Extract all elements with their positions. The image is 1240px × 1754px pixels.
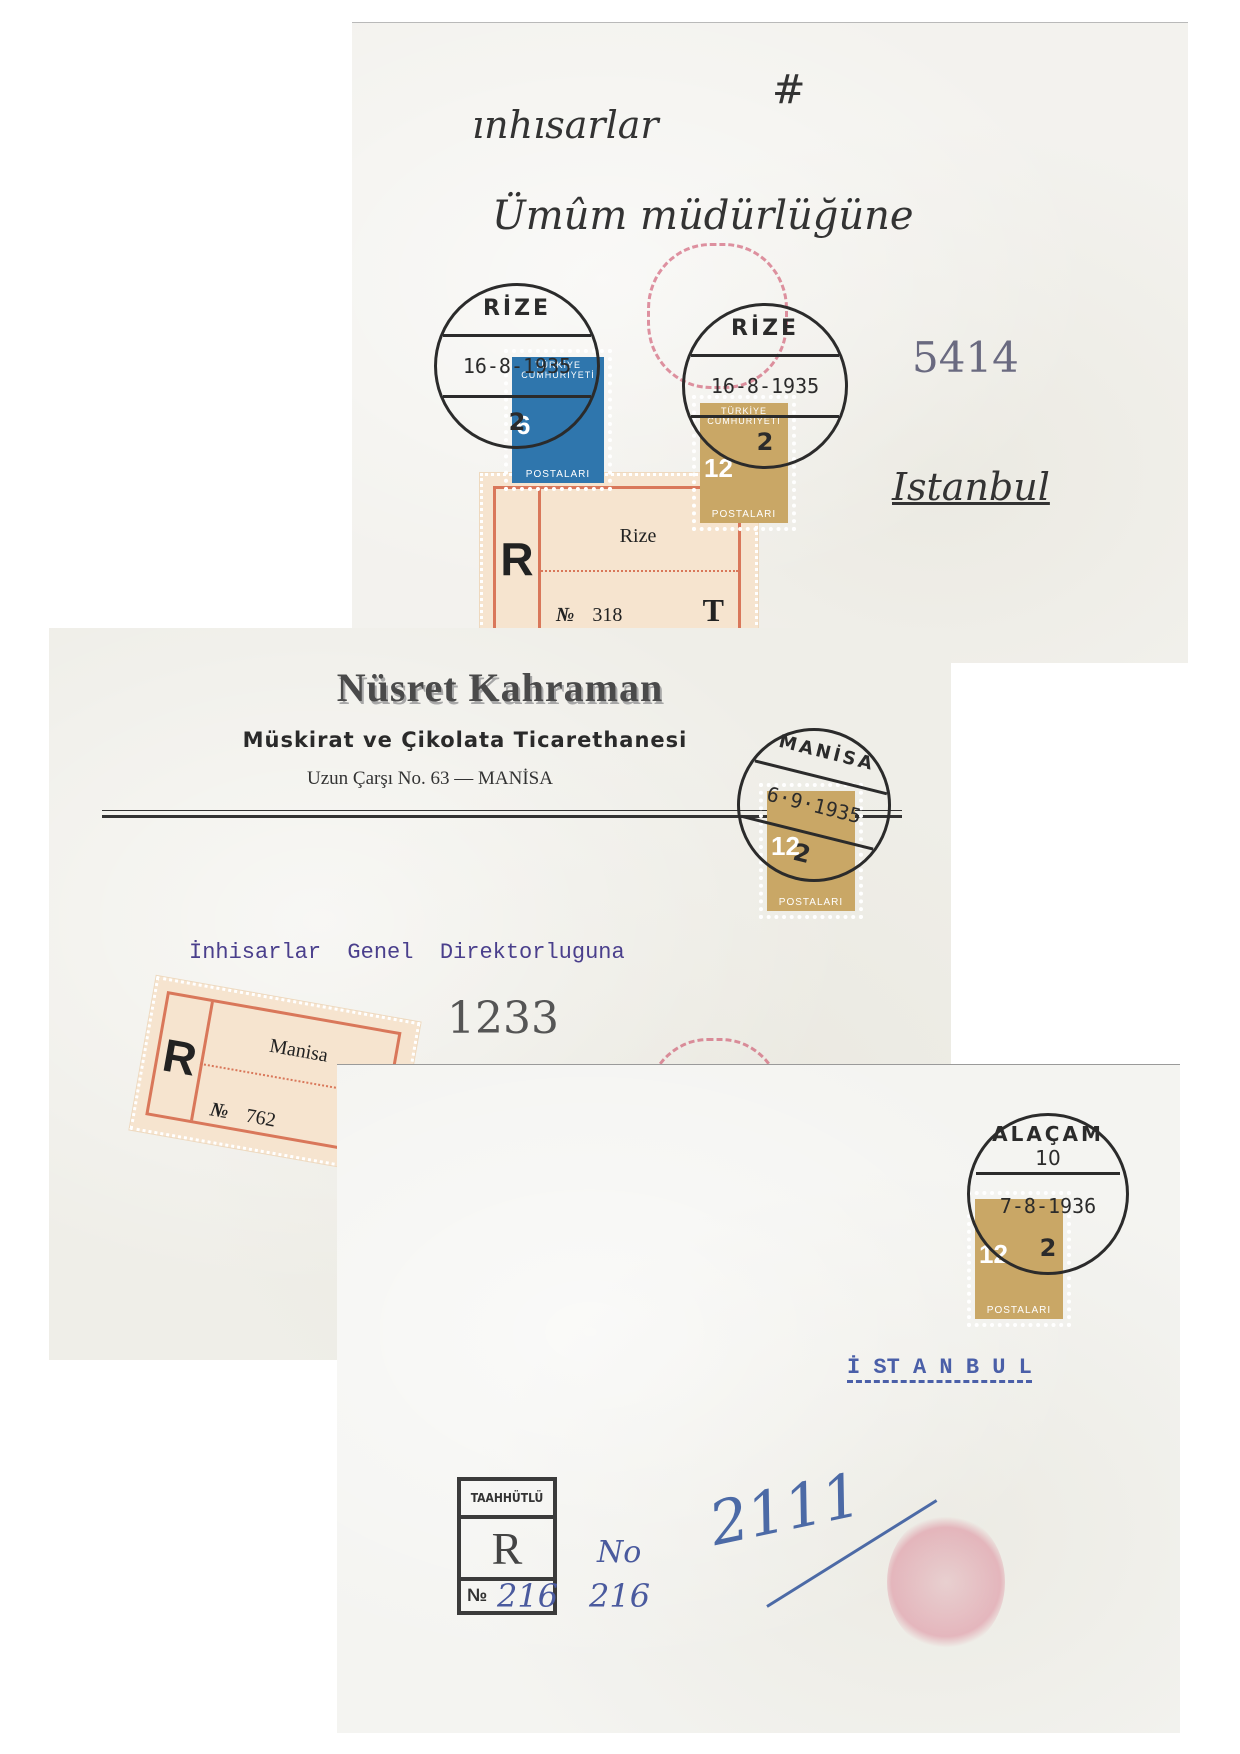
postmark-alacam: ALAÇAM 10 7-8-1936 2: [967, 1113, 1129, 1275]
cachet-header: TAAHHÜTLÜ: [461, 1481, 553, 1519]
typed-addressee: İnhisarlar Genel Direktorluguna: [189, 940, 625, 965]
crayon-docket-number: 2111: [703, 1460, 867, 1560]
registration-letter: R: [496, 489, 541, 629]
postmark-rize-right: RİZE 16-8-1935 2: [682, 303, 848, 469]
red-seal-faded: [887, 1513, 1005, 1651]
postmark-date: 16-8-1935: [685, 374, 845, 398]
registration-mark: T: [703, 592, 724, 629]
handwritten-docket-number: 5414: [912, 333, 1019, 382]
stamp-caption: POSTALARI: [975, 1305, 1063, 1319]
registration-letter: R: [149, 994, 214, 1120]
postmark-rize-left: RİZE 16-8-1935 2: [434, 283, 600, 449]
stamp-caption: POSTALARI: [512, 469, 604, 483]
stamp-caption: POSTALARI: [700, 509, 788, 523]
handwritten-mark: #: [772, 67, 806, 113]
handwritten-docket-number: 1233: [447, 993, 559, 1044]
postmark-code: 2: [970, 1234, 1126, 1262]
cachet-letter: R: [461, 1519, 553, 1581]
postmark-office-number: 10: [970, 1146, 1126, 1170]
postmark-code: 2: [437, 408, 597, 436]
registration-number: 318: [592, 604, 622, 626]
handwritten-addressee-line1: ınhısarlar: [472, 103, 659, 147]
stamp-caption: POSTALARI: [767, 897, 855, 911]
postmark-town: RİZE: [685, 316, 845, 341]
annotation-number: 216: [589, 1577, 650, 1615]
annotation-no-prefix: No: [597, 1535, 641, 1570]
cachet-handwritten-number: 216: [497, 1577, 558, 1615]
envelope-alacam: 12 POSTALARI ALAÇAM 10 7-8-1936 2 İ ST A…: [337, 1064, 1180, 1733]
postmark-town: RİZE: [437, 296, 597, 321]
handwritten-addressee-line2: Ümûm müdürlüğüne: [492, 193, 914, 239]
envelope-rize: ınhısarlar # Ümûm müdürlüğüne 5414 Istan…: [352, 22, 1188, 663]
postmark-date: 6·9·1935: [739, 775, 888, 834]
number-sign: №: [556, 604, 574, 626]
postmark-code: 2: [685, 428, 845, 456]
letterhead-name: Nüsret Kahraman: [49, 664, 951, 711]
handwritten-destination: Istanbul: [892, 465, 1050, 509]
postmark-town: ALAÇAM: [970, 1122, 1126, 1146]
registration-number: 762: [244, 1105, 277, 1132]
typed-destination: İ ST A N B U L: [847, 1355, 1032, 1383]
number-sign: №: [208, 1098, 230, 1123]
postmark-date: 16-8-1935: [437, 354, 597, 378]
postmark-date: 7-8-1936: [970, 1194, 1126, 1218]
